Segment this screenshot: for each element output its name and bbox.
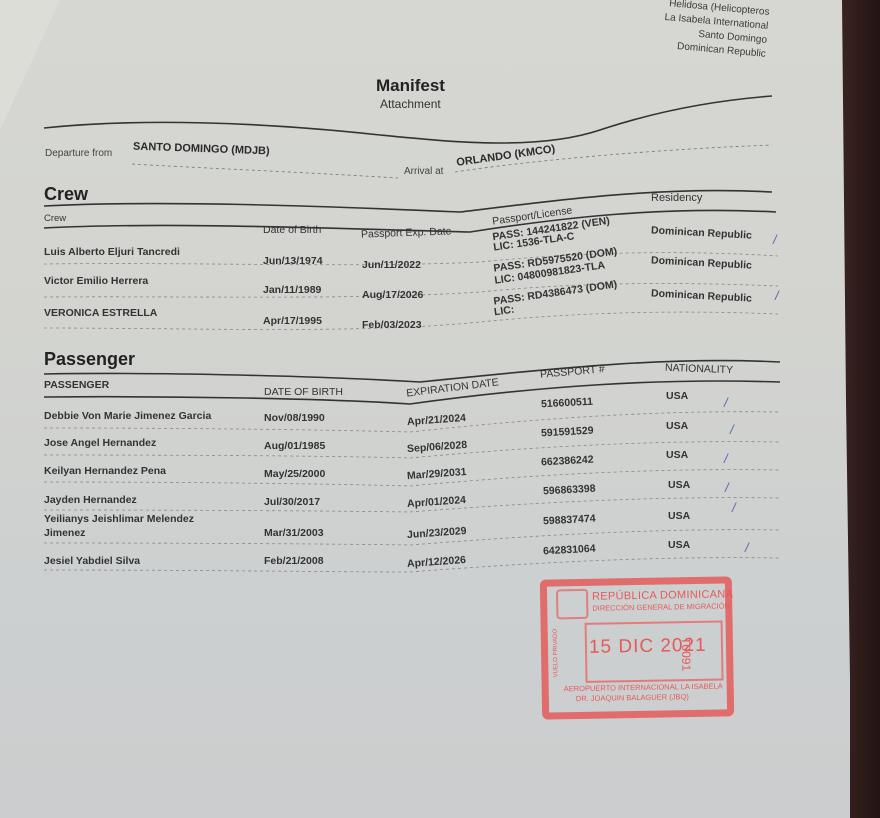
passenger-section-title: Passenger bbox=[44, 349, 135, 370]
passenger-nationality: USA bbox=[668, 479, 690, 491]
crew-dob: Jan/11/1989 bbox=[263, 284, 321, 296]
coat-of-arms-icon bbox=[556, 589, 589, 620]
passenger-dob: May/25/2000 bbox=[264, 468, 325, 480]
passenger-dob: Nov/08/1990 bbox=[264, 412, 325, 424]
passenger-nationality: USA bbox=[666, 449, 688, 461]
passenger-dob: Aug/01/1985 bbox=[264, 440, 325, 452]
passenger-name: Keilyan Hernandez Pena bbox=[44, 465, 166, 477]
arrival-label: Arrival at bbox=[404, 166, 443, 177]
passenger-nationality: USA bbox=[666, 390, 688, 402]
crew-name: VERONICA ESTRELLA bbox=[44, 307, 157, 319]
passenger-col-nationality: NATIONALITY bbox=[665, 362, 733, 376]
crew-col-name: Crew bbox=[44, 213, 66, 224]
check-mark-icon: / bbox=[732, 500, 736, 515]
passenger-name-line1: Yeilianys Jeishlimar Melendez bbox=[44, 513, 194, 525]
passenger-name-line2: Jimenez bbox=[44, 527, 85, 539]
passenger-nationality: USA bbox=[666, 420, 688, 432]
stamp-flight-type: VUELO PRIVADO bbox=[553, 629, 560, 678]
crew-dob: Apr/17/1995 bbox=[263, 315, 322, 327]
check-mark-icon: / bbox=[725, 480, 729, 495]
passenger-dob: Mar/31/2003 bbox=[264, 527, 324, 539]
check-mark-icon: / bbox=[724, 451, 728, 466]
crew-name: Luis Alberto Eljuri Tancredi bbox=[44, 246, 180, 258]
passenger-nationality: USA bbox=[668, 510, 690, 522]
check-mark-icon: / bbox=[730, 422, 734, 437]
passenger-name: Debbie Von Marie Jimenez Garcia bbox=[44, 410, 211, 422]
crew-passport-exp: Jun/11/2022 bbox=[362, 259, 421, 271]
crew-col-residency: Residency bbox=[651, 192, 702, 204]
document-title: Manifest bbox=[376, 76, 445, 96]
crew-passport-exp: Aug/17/2026 bbox=[362, 289, 423, 301]
passenger-name: Jayden Hernandez bbox=[44, 494, 137, 506]
crew-dob: Jun/13/1974 bbox=[263, 255, 323, 267]
check-mark-icon: / bbox=[775, 288, 779, 303]
passenger-name: Jesiel Yabdiel Silva bbox=[44, 555, 140, 567]
passenger-dob: Feb/21/2008 bbox=[264, 555, 324, 567]
passenger-dob: Jul/30/2017 bbox=[264, 496, 320, 508]
passenger-col-name: PASSENGER bbox=[44, 379, 109, 391]
check-mark-icon: / bbox=[724, 395, 728, 410]
passenger-col-dob: DATE OF BIRTH bbox=[264, 386, 343, 398]
passenger-nationality: USA bbox=[668, 539, 690, 551]
crew-name: Victor Emilio Herrera bbox=[44, 275, 148, 287]
crew-section-title: Crew bbox=[44, 184, 88, 205]
check-mark-icon: / bbox=[745, 540, 749, 555]
passenger-name: Jose Angel Hernandez bbox=[44, 437, 156, 449]
departure-label: Departure from bbox=[45, 148, 112, 159]
company-address: Helidosa (Helicopteros La Isabela Intern… bbox=[662, 0, 770, 62]
immigration-stamp: REPÚBLICA DOMINICANA DIRECCIÓN GENERAL D… bbox=[540, 576, 734, 719]
crew-col-dob: Date of Birth bbox=[263, 224, 321, 236]
check-mark-icon: / bbox=[773, 232, 777, 247]
stamp-country: REPÚBLICA DOMINICANA bbox=[592, 588, 733, 602]
crew-passport-exp: Feb/03/2023 bbox=[362, 319, 422, 331]
document-subtitle: Attachment bbox=[380, 97, 441, 111]
stamp-code: T0091 bbox=[679, 637, 694, 671]
